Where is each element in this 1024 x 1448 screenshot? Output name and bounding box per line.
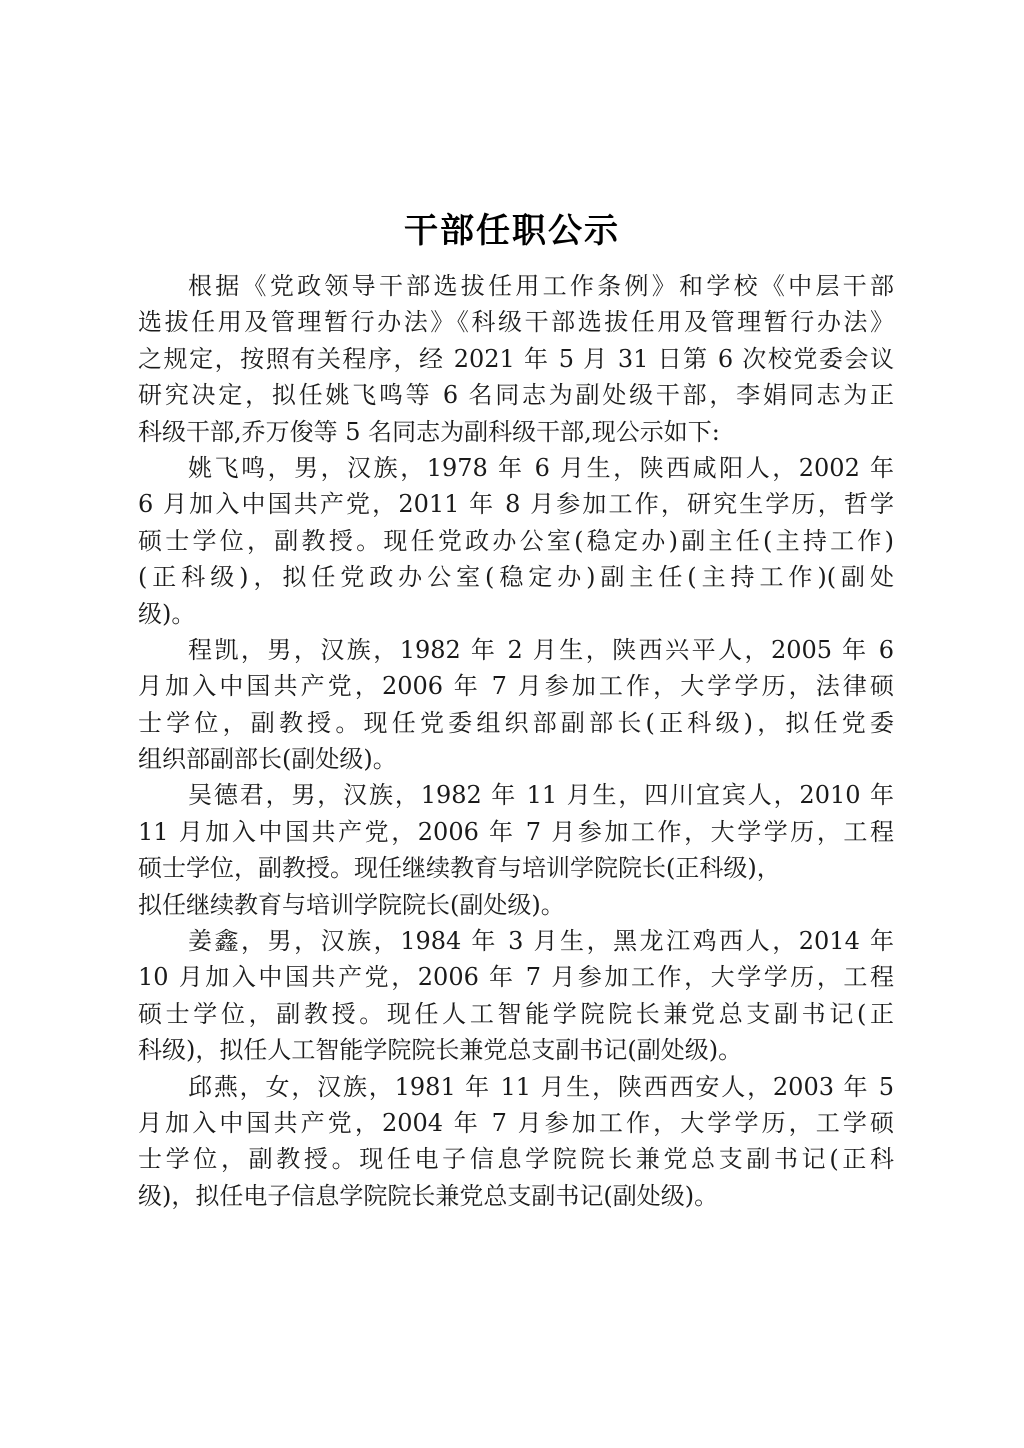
text-line: 士学位，副教授。现任党委组织部副部长(正科级)，拟任党委 <box>138 705 894 741</box>
person-paragraph-yao-feiming: 姚飞鸣，男，汉族，1978 年 6 月生，陕西咸阳人，2002 年 6 月加入中… <box>138 450 894 632</box>
text-line: 级)，拟任电子信息学院院长兼党总支副书记(副处级)。 <box>138 1178 894 1214</box>
text-line: 科级)，拟任人工智能学院院长兼党总支副书记(副处级)。 <box>138 1032 894 1068</box>
person-paragraph-wu-dejun: 吴德君，男，汉族，1982 年 11 月生，四川宜宾人，2010 年 11 月加… <box>138 777 894 923</box>
text-line: 程凯，男，汉族，1982 年 2 月生，陕西兴平人，2005 年 6 <box>138 632 894 668</box>
text-line: 吴德君，男，汉族，1982 年 11 月生，四川宜宾人，2010 年 <box>138 777 894 813</box>
text-line: 级)。 <box>138 596 894 632</box>
text-line: 邱燕，女，汉族，1981 年 11 月生，陕西西安人，2003 年 5 <box>138 1069 894 1105</box>
text-line: 科级干部,乔万俊等 5 名同志为副科级干部,现公示如下: <box>138 414 894 450</box>
document-page: 干部任职公示 根据《党政领导干部选拔任用工作条例》和学校《中层干部 选拔任用及管… <box>0 0 1024 1448</box>
document-body: 根据《党政领导干部选拔任用工作条例》和学校《中层干部 选拔任用及管理暂行办法》《… <box>138 268 894 1214</box>
text-line: 10 月加入中国共产党，2006 年 7 月参加工作，大学学历，工程 <box>138 959 894 995</box>
text-line: 姚飞鸣，男，汉族，1978 年 6 月生，陕西咸阳人，2002 年 <box>138 450 894 486</box>
text-line: 硕士学位，副教授。现任党政办公室(稳定办)副主任(主持工作) <box>138 523 894 559</box>
text-line: 拟任继续教育与培训学院院长(副处级)。 <box>138 887 894 923</box>
text-line: 士学位，副教授。现任电子信息学院院长兼党总支副书记(正科 <box>138 1141 894 1177</box>
person-paragraph-qiu-yan: 邱燕，女，汉族，1981 年 11 月生，陕西西安人，2003 年 5 月加入中… <box>138 1069 894 1215</box>
text-line: 硕士学位，副教授。现任人工智能学院院长兼党总支副书记(正 <box>138 996 894 1032</box>
text-line: 根据《党政领导干部选拔任用工作条例》和学校《中层干部 <box>138 268 894 304</box>
person-paragraph-jiang-xin: 姜鑫，男，汉族，1984 年 3 月生，黑龙江鸡西人，2014 年 10 月加入… <box>138 923 894 1069</box>
person-paragraph-cheng-kai: 程凯，男，汉族，1982 年 2 月生，陕西兴平人，2005 年 6 月加入中国… <box>138 632 894 778</box>
text-line: 之规定，按照有关程序，经 2021 年 5 月 31 日第 6 次校党委会议 <box>138 341 894 377</box>
text-line: (正科级)，拟任党政办公室(稳定办)副主任(主持工作)(副处 <box>138 559 894 595</box>
document-title: 干部任职公示 <box>0 209 1024 253</box>
text-line: 姜鑫，男，汉族，1984 年 3 月生，黑龙江鸡西人，2014 年 <box>138 923 894 959</box>
intro-paragraph: 根据《党政领导干部选拔任用工作条例》和学校《中层干部 选拔任用及管理暂行办法》《… <box>138 268 894 450</box>
text-line: 硕士学位，副教授。现任继续教育与培训学院院长(正科级)， <box>138 850 894 886</box>
text-line: 月加入中国共产党，2004 年 7 月参加工作，大学学历，工学硕 <box>138 1105 894 1141</box>
text-line: 6 月加入中国共产党，2011 年 8 月参加工作，研究生学历，哲学 <box>138 486 894 522</box>
text-line: 月加入中国共产党，2006 年 7 月参加工作，大学学历，法律硕 <box>138 668 894 704</box>
text-line: 11 月加入中国共产党，2006 年 7 月参加工作，大学学历，工程 <box>138 814 894 850</box>
text-line: 组织部副部长(副处级)。 <box>138 741 894 777</box>
text-line: 选拔任用及管理暂行办法》《科级干部选拔任用及管理暂行办法》 <box>138 304 894 340</box>
text-line: 研究决定，拟任姚飞鸣等 6 名同志为副处级干部，李娟同志为正 <box>138 377 894 413</box>
